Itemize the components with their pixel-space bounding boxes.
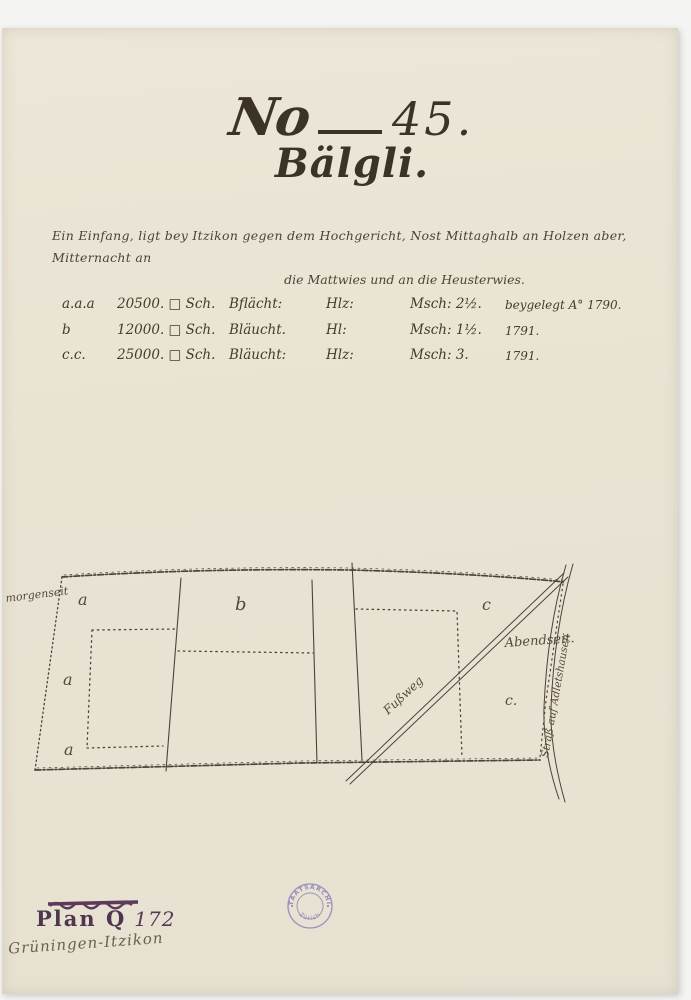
svg-text:Zürich: Zürich (298, 911, 323, 922)
plan-stamp-label: Plan Q (36, 906, 126, 931)
divider-a-b (166, 578, 181, 771)
divider-strip-c (352, 563, 362, 760)
ledger-row2-flaeche: Bläucht. (229, 322, 326, 338)
divider-b-strip (312, 580, 317, 763)
parcel-ledger-table: a.a.a 20500. □ Sch. Bflächt: Hlz: Msch: … (62, 296, 652, 363)
label-parcel-a1: a (78, 590, 88, 609)
strike-line (48, 902, 138, 904)
ledger-row2-note: 1791. (505, 322, 652, 338)
svg-text:STAATSARCHIV: STAATSARCHIV (280, 876, 332, 906)
label-parcel-c2: c. (505, 693, 517, 709)
ledger-row1-flaeche: Bflächt: (229, 296, 326, 312)
cadastral-sketch-map: morgenseit a a a b c c. Abendseit. Fußwe… (0, 552, 660, 814)
ledger-row1-id: a.a.a (62, 296, 117, 312)
stamp-star-left (291, 905, 293, 907)
ledger-row1-note: beygelegt A° 1790. (505, 296, 652, 312)
ledger-row3-id: c.c. (62, 347, 117, 363)
ledger-row2-id: b (62, 322, 117, 338)
dotted-line-b (178, 651, 313, 653)
stamp-star-right (327, 905, 329, 907)
title-underline (318, 130, 382, 134)
staatsarchiv-stamp: STAATSARCHIV Zürich (280, 876, 340, 936)
description-line-1: Ein Einfang, ligt bey Itzikon gegen dem … (52, 225, 652, 269)
ledger-row2-holz: Hl: (326, 322, 410, 338)
label-parcel-b: b (235, 594, 247, 615)
title-number: 45. (392, 98, 474, 142)
boundary-bottom (35, 760, 540, 770)
label-morgenseit: morgenseit (5, 584, 70, 605)
ledger-row3-holz: Hlz: (326, 347, 410, 363)
stamp-text-bottom: Zürich (298, 911, 323, 922)
scanned-archive-plan: { "palette": { "paper": "#e9e3d4", "ink"… (0, 0, 691, 1000)
paper-sheet: No 45. Bälgli. Ein Einfang, ligt bey Itz… (2, 28, 678, 994)
ledger-row3-note: 1791. (505, 347, 652, 363)
label-parcel-a3: a (64, 740, 74, 759)
footpath-line-2 (350, 577, 568, 784)
ledger-row1-area: 20500. □ Sch. (117, 296, 229, 312)
label-parcel-a2: a (63, 670, 73, 689)
boundary-top (62, 570, 565, 582)
ledger-row3-flaeche: Bläucht: (229, 347, 326, 363)
ledger-row1-msch: Msch: 2½. (410, 296, 505, 312)
ledger-row2-area: 12000. □ Sch. (117, 322, 229, 338)
label-parcel-c1: c (482, 595, 491, 614)
footpath-line-1 (346, 573, 564, 781)
boundary-left (35, 577, 62, 770)
stamp-text-top: STAATSARCHIV (280, 876, 332, 906)
ledger-row1-holz: Hlz: (326, 296, 410, 312)
dotted-parcel-a (87, 629, 177, 748)
ledger-row3-area: 25000. □ Sch. (117, 347, 229, 363)
title-no: No (227, 95, 312, 142)
document-title: No 45. (172, 80, 532, 142)
ledger-row3-msch: Msch: 3. (410, 347, 505, 363)
ledger-row2-msch: Msch: 1½. (410, 322, 505, 338)
description-line-2: die Mattwies und an die Heusterwies. (52, 269, 652, 291)
description-paragraph: Ein Einfang, ligt bey Itzikon gegen dem … (52, 225, 652, 291)
parcel-name-title: Bälgli. (172, 140, 532, 187)
